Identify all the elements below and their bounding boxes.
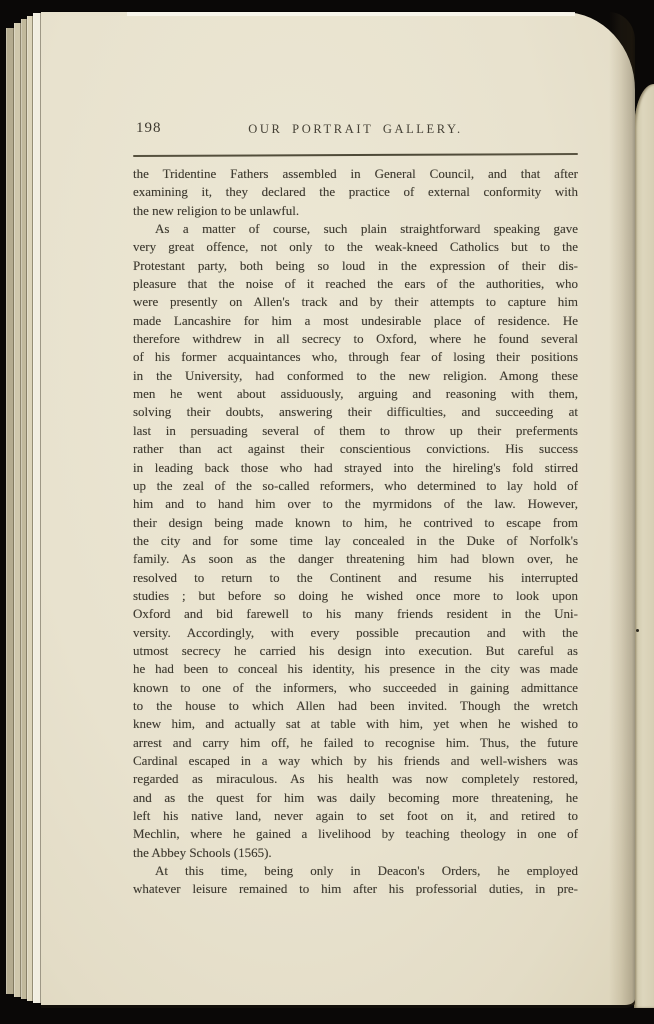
scan-speck bbox=[636, 629, 639, 632]
text-line: their design being made known to him, he… bbox=[133, 514, 578, 532]
text-line: utmost secrecy he carried his design int… bbox=[133, 642, 578, 660]
text-line: Protestant party, both being so loud in … bbox=[133, 257, 578, 275]
text-line: examining it, they declared the practice… bbox=[133, 183, 578, 201]
page-edge bbox=[14, 23, 21, 997]
text-line: of his former acquaintances who, through… bbox=[133, 348, 578, 366]
text-line: arrest and carry him off, he failed to r… bbox=[133, 734, 578, 752]
page-edge bbox=[33, 13, 41, 1003]
text-line: family. As soon as the danger threatenin… bbox=[133, 550, 578, 568]
text-line: Mechlin, where he gained a livelihood by… bbox=[133, 825, 578, 843]
scanned-book-photo: { "page": { "page_number": "198", "runni… bbox=[0, 0, 654, 1024]
text-line: very great offence, not only to the weak… bbox=[133, 238, 578, 256]
text-line: Cardinal escaped in a way which by his f… bbox=[133, 752, 578, 770]
text-line: the Tridentine Fathers assembled in Gene… bbox=[133, 165, 578, 183]
text-line: Oxford and bid farewell to his many frie… bbox=[133, 605, 578, 623]
text-line: in the University, had conformed to the … bbox=[133, 367, 578, 385]
header-rule bbox=[133, 153, 578, 157]
text-line: the city and for some time lay concealed… bbox=[133, 532, 578, 550]
text-line: him and to hand him over to the myrmidon… bbox=[133, 495, 578, 513]
text-line: made Lancashire for him a most undesirab… bbox=[133, 312, 578, 330]
text-line: up the zeal of the so-called reformers, … bbox=[133, 477, 578, 495]
text-line: in leading back those who had strayed in… bbox=[133, 459, 578, 477]
text-line: pleasure that the noise of it reached th… bbox=[133, 275, 578, 293]
text-line: resolved to return to the Continent and … bbox=[133, 569, 578, 587]
text-line: therefore withdrew in all secrecy to Oxf… bbox=[133, 330, 578, 348]
next-page-edge bbox=[634, 84, 654, 1008]
text-line: knew him, and actually sat at table with… bbox=[133, 715, 578, 733]
text-line: rather than act against their conscienti… bbox=[133, 440, 578, 458]
text-line: studies ; but before so doing he wished … bbox=[133, 587, 578, 605]
running-header: OUR PORTRAIT GALLERY. bbox=[133, 122, 578, 137]
text-line: At this time, being only in Deacon's Ord… bbox=[133, 862, 578, 880]
text-line: men he went about assiduously, arguing a… bbox=[133, 385, 578, 403]
book-page: 198 OUR PORTRAIT GALLERY. the Tridentine… bbox=[41, 12, 635, 1005]
text-line: regarded as miraculous. As his health wa… bbox=[133, 770, 578, 788]
text-line: were presently on Allen's track and by t… bbox=[133, 293, 578, 311]
page-text: the Tridentine Fathers assembled in Gene… bbox=[133, 165, 578, 899]
text-line: to the house to which Allen had been inv… bbox=[133, 697, 578, 715]
text-line: he had been to conceal his identity, his… bbox=[133, 660, 578, 678]
text-line: last in persuading several of them to th… bbox=[133, 422, 578, 440]
text-line: As a matter of course, such plain straig… bbox=[133, 220, 578, 238]
text-line: whatever leisure remained to him after h… bbox=[133, 880, 578, 898]
text-line: versity. Accordingly, with every possibl… bbox=[133, 624, 578, 642]
text-line: the Abbey Schools (1565). bbox=[133, 844, 578, 862]
page-content: 198 OUR PORTRAIT GALLERY. the Tridentine… bbox=[133, 120, 578, 899]
running-head-row: 198 OUR PORTRAIT GALLERY. bbox=[133, 120, 578, 140]
text-line: left his native land, never again to set… bbox=[133, 807, 578, 825]
text-line: solving their doubts, answering their di… bbox=[133, 403, 578, 421]
text-line: the new religion to be unlawful. bbox=[133, 202, 578, 220]
page-edge bbox=[6, 28, 14, 994]
text-line: and as the quest for him was daily becom… bbox=[133, 789, 578, 807]
text-line: known to one of the informers, who succe… bbox=[133, 679, 578, 697]
